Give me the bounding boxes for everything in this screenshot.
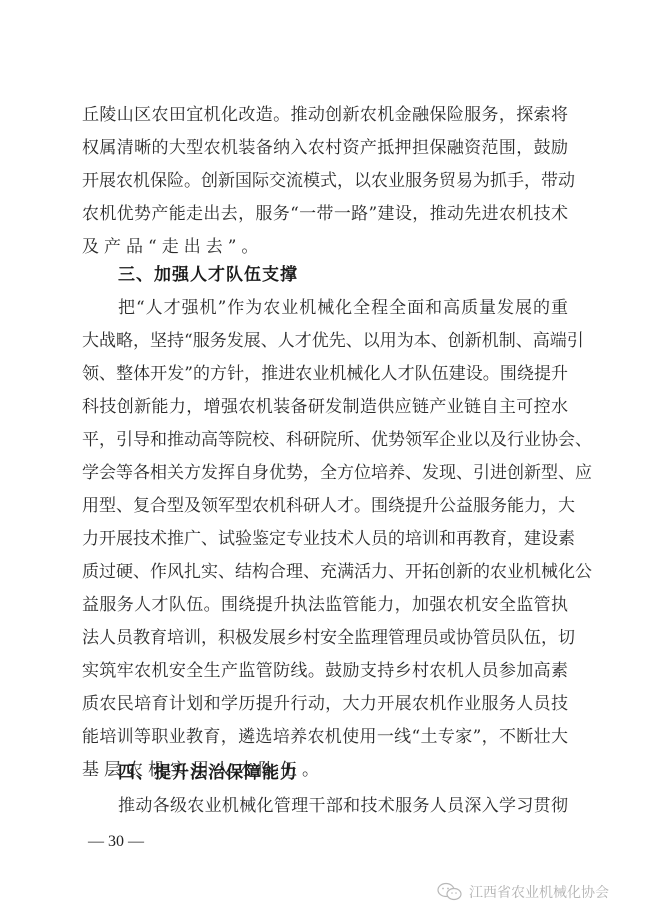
- paragraph-line: 领、整体开发”的方针，推进农业机械化人才队伍建设。围绕提升: [82, 364, 568, 384]
- paragraph-line: 法人员教育培训，积极发展乡村安全监理管理员或协管员队伍，切: [82, 628, 568, 648]
- paragraph-line: 用型、复合型及领军型农机科研人才。围绕提升公益服务能力，大: [82, 496, 568, 516]
- wechat-icon: [437, 882, 463, 902]
- paragraph-line: 丘陵山区农田宜机化改造。推动创新农机金融保险服务，探索将: [82, 105, 568, 125]
- paragraph-line: 把“人才强机”作为农业机械化全程全面和高质量发展的重: [118, 298, 568, 318]
- paragraph-line: 实筑牢农机安全生产监管防线。鼓励支持乡村农机人员参加高素: [82, 661, 568, 681]
- paragraph-line: 能培训等职业教育，遴选培养农机使用一线“土专家”，不断壮大: [82, 727, 568, 747]
- section-heading-3: 三、加强人才队伍支撑: [118, 265, 298, 285]
- paragraph-line: 平，引导和推动高等院校、科研院所、优势领军企业以及行业协会、: [82, 430, 568, 450]
- paragraph-line: 力开展技术推广、试验鉴定专业技术人员的培训和再教育，建设素: [82, 529, 568, 549]
- paragraph-line: 科技创新能力，增强农机装备研发制造供应链产业链自主可控水: [82, 397, 568, 417]
- section-heading-4: 四、提升法治保障能力: [118, 763, 298, 783]
- paragraph-line: 开展农机保险。创新国际交流模式，以农业服务贸易为抓手，带动: [82, 171, 568, 191]
- paragraph-line: 益服务人才队伍。围绕提升执法监管能力，加强农机安全监管执: [82, 595, 568, 615]
- page-number: — 30 —: [88, 833, 144, 851]
- paragraph-line: 权属清晰的大型农机装备纳入农村资产抵押担保融资范围，鼓励: [82, 138, 568, 158]
- watermark-text: 江西省农业机械化协会: [469, 882, 609, 902]
- paragraph-line: 及产品“走出去”。: [82, 237, 568, 257]
- paragraph-line: 推动各级农业机械化管理干部和技术服务人员深入学习贯彻: [118, 796, 568, 816]
- paragraph-line: 学会等各相关方发挥自身优势，全方位培养、发现、引进创新型、应: [82, 463, 568, 483]
- watermark: 江西省农业机械化协会: [437, 882, 609, 902]
- paragraph-line: 农机优势产能走出去，服务“一带一路”建设，推动先进农机技术: [82, 204, 568, 224]
- paragraph-line: 大战略，坚持“服务发展、人才优先、以用为本、创新机制、高端引: [82, 331, 568, 351]
- paragraph-line: 质过硬、作风扎实、结构合理、充满活力、开拓创新的农业机械化公: [82, 562, 568, 582]
- document-page: 丘陵山区农田宜机化改造。推动创新农机金融保险服务，探索将 权属清晰的大型农机装备…: [0, 0, 651, 921]
- paragraph-line: 质农民培育计划和学历提升行动，大力开展农机作业服务人员技: [82, 694, 568, 714]
